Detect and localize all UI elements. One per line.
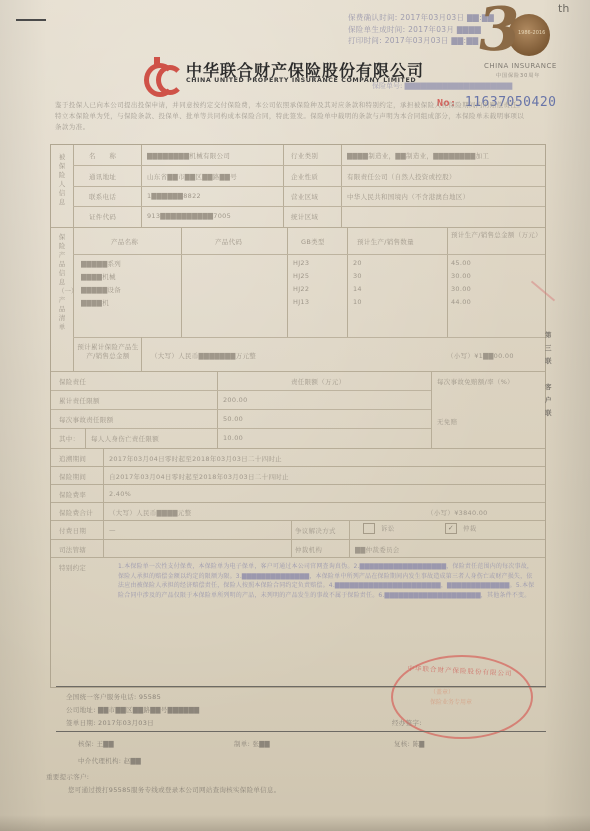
- arbitration-body-value: ▇▇仲裁委员会: [355, 545, 400, 554]
- product-name: ▇▇▇▇机: [81, 298, 109, 307]
- retro-period-value: 2017年03月04日零时起至2018年03月03日二十四时止: [109, 454, 282, 463]
- stamp-inner-text: （盖章） 保险业务专用章: [430, 688, 472, 708]
- policy-period-label: 保险期间: [59, 472, 86, 481]
- total-amount-value: （小写）¥1▇▇00.00: [447, 351, 514, 360]
- industry-value: ▇▇▇▇制造业，▇▇制造业，▇▇▇▇▇▇▇▇加工: [347, 151, 543, 160]
- product-name: ▇▇▇▇▇设备: [81, 285, 121, 294]
- reviewer-name: 张▇▇: [252, 740, 269, 748]
- liability-label: 每次事故责任限额: [59, 415, 113, 424]
- liability-header-label: 保险责任: [59, 377, 86, 386]
- product-type: HJ23: [293, 259, 309, 267]
- side-mark: 三: [545, 343, 552, 352]
- notice-text: 您可通过拨打95585服务专线或登录本公司网站查询核实保险单信息。: [68, 785, 281, 794]
- arbitration-label: 仲裁: [463, 525, 477, 533]
- product-type: HJ22: [293, 285, 309, 293]
- industry-label: 行业类别: [291, 151, 318, 160]
- side-mark: 户: [545, 395, 552, 404]
- policy-number-value: ▇▇▇▇▇▇▇▇▇▇▇▇▇▇▇▇▇▇▇▇: [405, 82, 513, 90]
- handler: 复核: 陈▇: [394, 739, 425, 748]
- side-mark: 联: [545, 356, 552, 365]
- payment-date-value: —: [109, 526, 116, 534]
- stamp-seal-label: （盖章）: [430, 688, 472, 698]
- business-area-value: 中华人民共和国境内（不含港澳台地区）: [347, 192, 543, 201]
- special-terms-label: 特别约定: [59, 563, 86, 572]
- premium-total-value: （小写）¥3840.00: [427, 508, 488, 517]
- intro-paragraph: 鉴于投保人已向本公司提出投保申请，并同意按约定交付保险费，本公司依照承保险种及其…: [55, 100, 525, 133]
- insured-name-label: 名 称: [89, 151, 116, 160]
- liability-value: 10.00: [223, 434, 243, 442]
- insured-name-value: ▇▇▇▇▇▇▇▇机械有限公司: [147, 151, 277, 160]
- reviewer: 制单: 张▇▇: [234, 739, 270, 748]
- print-time: 打印时间: 2017年03月03日 ▇▇:▇▇: [348, 35, 494, 47]
- handler-name: 陈▇: [412, 740, 424, 748]
- product-name: ▇▇▇▇▇系列: [81, 259, 121, 268]
- side-mark: 联: [545, 408, 552, 417]
- col-product-code: 产品代码: [215, 237, 242, 246]
- premium-rate-value: 2.40%: [109, 490, 131, 498]
- product-qty: 30: [353, 272, 362, 280]
- footer-divider-top: [56, 686, 546, 687]
- top-dates: 保费确认时间: 2017年03月03日 ▇▇:▇▇ 保险单生成时间: 2017年…: [348, 12, 494, 47]
- product-amount: 30.00: [451, 272, 471, 280]
- special-terms-text: 1.本保险单一次性支付保费，本保险单为电子保单，客户可通过本公司官网查询真伪。2…: [118, 562, 536, 600]
- products-side-label: 保险产品信息（一）产品清单: [58, 233, 66, 332]
- liability-value: 50.00: [223, 415, 243, 423]
- policy-period-value: 自2017年03月04日零时起至2018年03月03日二十四时止: [109, 472, 289, 481]
- arbitration-checkbox[interactable]: ✓: [445, 523, 457, 534]
- dispute-method-label: 争议解决方式: [295, 526, 336, 535]
- address-label: 通讯地址: [89, 172, 116, 181]
- policy-form: 被保险人信息 名 称 ▇▇▇▇▇▇▇▇机械有限公司 行业类别 ▇▇▇▇制造业，▇…: [50, 144, 546, 688]
- arbitration-body-label: 仲裁机构: [295, 545, 322, 554]
- enterprise-type-label: 企业性质: [291, 172, 318, 181]
- phone-label: 联系电话: [89, 192, 116, 201]
- policy-number-label: 保险单号:: [372, 82, 402, 90]
- service-hotline: 全国统一客户服务电话: 95585: [66, 692, 161, 701]
- jurisdiction-label: 司法管辖: [59, 545, 86, 554]
- side-mark: 第: [545, 330, 552, 339]
- signature-label: 经办签字:: [392, 718, 422, 727]
- anniversary-logo: 3 th 1986-2016 CHINA INSURANCE 中国保险30周年: [478, 0, 590, 82]
- product-type: HJ25: [293, 272, 309, 280]
- reviewer-label: 制单:: [234, 740, 250, 748]
- col-quantity: 预计生产/销售数量: [357, 237, 414, 246]
- product-qty: 14: [353, 285, 362, 293]
- id-code-value: 913▇▇▇▇▇▇▇▇▇▇7005: [147, 212, 277, 220]
- liability-label: 其中：: [59, 434, 79, 443]
- anniversary-number: 3: [474, 0, 524, 60]
- total-amount-label: 预计累计保险产品生产/销售总金额: [77, 343, 139, 361]
- liability-header-limit: 责任限额（万元）: [291, 377, 345, 386]
- liability-label: 累计责任限额: [59, 396, 100, 405]
- anniversary-brand-cn: 中国保险30周年: [496, 72, 540, 79]
- deductible-value: 无免赔: [437, 417, 457, 426]
- business-area-label: 营业区域: [291, 192, 318, 201]
- company-address: 公司地址: ▇▇市▇▇区▇▇路▇▇号▇▇▇▇▇▇: [66, 705, 199, 714]
- dash-mark: [16, 19, 46, 21]
- product-amount: 30.00: [451, 285, 471, 293]
- anniversary-years: 1986-2016: [518, 30, 545, 36]
- dispute-option-arbitration[interactable]: ✓仲裁: [445, 523, 477, 534]
- liability-sublabel: 每人人身伤亡责任限额: [91, 434, 159, 443]
- company-logo-icon: [142, 57, 182, 91]
- product-amount: 45.00: [451, 259, 471, 267]
- issue-date: 签单日期: 2017年03月03日: [66, 718, 154, 727]
- address-value: 山东省▇▇市▇▇区▇▇路▇▇号: [147, 172, 277, 181]
- dispute-option-litigation[interactable]: 诉讼: [363, 523, 395, 534]
- footer-divider-bottom: [56, 731, 546, 732]
- phone-value: 1▇▇▇▇▇▇8822: [147, 192, 277, 200]
- product-type: HJ13: [293, 298, 309, 306]
- premium-total-words: （大写）人民币▇▇▇▇元整: [109, 508, 191, 517]
- anniversary-suffix: th: [558, 2, 569, 15]
- agent-label: 中介代理机构:: [78, 757, 121, 765]
- notice-title: 重要提示客户:: [46, 772, 89, 781]
- product-name: ▇▇▇▇机械: [81, 272, 116, 281]
- approver: 核保: 王▇▇: [78, 739, 114, 748]
- policy-number: 保险单号: ▇▇▇▇▇▇▇▇▇▇▇▇▇▇▇▇▇▇▇▇: [372, 81, 512, 91]
- approver-name: 王▇▇: [96, 740, 113, 748]
- product-qty: 10: [353, 298, 362, 306]
- liability-value: 200.00: [223, 396, 248, 404]
- total-amount-words: （大写）人民币▇▇▇▇▇▇▇万元整: [151, 351, 256, 360]
- enterprise-type-value: 有限责任公司（自然人投资或控股）: [347, 172, 543, 181]
- premium-confirm-time: 保费确认时间: 2017年03月03日 ▇▇:▇▇: [348, 12, 494, 24]
- litigation-checkbox[interactable]: [363, 523, 375, 534]
- id-code-label: 证件代码: [89, 212, 116, 221]
- agent: 中介代理机构: 赵▇▇: [78, 756, 141, 765]
- premium-rate-label: 保险费率: [59, 490, 86, 499]
- photo-edge-shadow: [0, 815, 590, 831]
- stat-area-label: 统计区域: [291, 212, 318, 221]
- col-gb-type: GB类型: [301, 237, 325, 246]
- col-amount: 预计生产/销售总金额（万元）: [451, 231, 541, 240]
- agent-name: 赵▇▇: [124, 757, 141, 765]
- side-mark: 客: [545, 382, 552, 391]
- anniversary-brand-en: CHINA INSURANCE: [484, 62, 557, 70]
- payment-date-label: 付费日期: [59, 526, 86, 535]
- stamp-seal-purpose: 保险业务专用章: [430, 698, 472, 708]
- insured-side-label: 被保险人信息: [58, 153, 66, 207]
- col-product-name: 产品名称: [111, 237, 138, 246]
- product-amount: 44.00: [451, 298, 471, 306]
- liability-header-deductible: 每次事故免赔额/率（%）: [437, 377, 514, 386]
- policy-generate-time: 保险单生成时间: 2017年03月 ▇▇▇▇: [348, 24, 494, 36]
- approver-label: 核保:: [78, 740, 94, 748]
- retro-period-label: 追溯期间: [59, 454, 86, 463]
- litigation-label: 诉讼: [381, 525, 395, 533]
- handler-label: 复核:: [394, 740, 410, 748]
- premium-total-label: 保险费合计: [59, 508, 93, 517]
- product-qty: 20: [353, 259, 362, 267]
